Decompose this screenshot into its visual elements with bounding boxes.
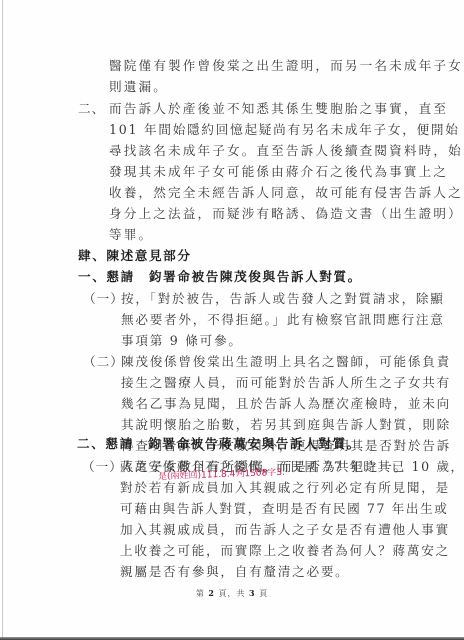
paragraph-line: 而告訴人於產後並不知悉其係生雙胞胎之事實，直至 bbox=[109, 101, 448, 116]
paragraph-line: 其說明懷胎之胎數，若另其到庭與告訴人對質，則除 bbox=[121, 417, 451, 432]
section-heading: 肆、陳述意見部分 bbox=[78, 248, 192, 263]
page-footer: 第 2 頁，共 3 頁 bbox=[0, 588, 464, 599]
current-page-number: 2 bbox=[208, 588, 215, 598]
sub-marker: （一） bbox=[82, 459, 123, 474]
paragraph-line: 加入其親戚成員，而告訴人之子女是否有遭他人事實 bbox=[120, 522, 450, 537]
footer-prefix: 第 bbox=[196, 589, 205, 598]
paragraph-line: 接生之醫療人員，而可能對於告訴人所生之子女共有 bbox=[121, 375, 451, 390]
request-heading: 一、懇請 鈞署命被告陳茂俊與告訴人對質。 bbox=[78, 269, 362, 284]
paragraph-line: 醫院僅有製作曾俊棠之出生證明，而另一名未成年子女 bbox=[109, 58, 463, 73]
paragraph-line: 發現其未成年子女可能係由蔣介石之後代為事實上之 bbox=[109, 164, 448, 179]
footer-suffix: 頁 bbox=[259, 589, 268, 598]
paragraph-line: 陳茂俊係曾俊棠出生證明上具名之醫師，可能係負責 bbox=[121, 354, 451, 369]
sub-marker: （二） bbox=[83, 354, 124, 369]
paragraph-line: 幾名乙事為見聞，且於告訴人為歷次產檢時，並未向 bbox=[121, 396, 451, 411]
total-page-count: 3 bbox=[249, 588, 256, 598]
paragraph-line: 對於若有新成員加入其親戚之行列必定有所見聞，是 bbox=[120, 480, 450, 495]
document-page: 醫院僅有製作曾俊棠之出生證明，而另一名未成年子女 則遺漏。 二、 而告訴人於產後… bbox=[2, 0, 463, 637]
paragraph-line: 無必要者外，不得拒絕。」此有檢察官訊問應行注意 bbox=[121, 312, 445, 327]
paragraph-line: 等罪。 bbox=[109, 227, 153, 242]
paragraph-line: 上收養之可能，而實際上之收養者為何人？蔣萬安之 bbox=[120, 543, 450, 558]
request-heading: 二、懇請 鈞署命被告蔣萬安與告訴人對質。 bbox=[77, 436, 361, 451]
paragraph-line: 101 年間始隱約回憶起疑尚有另名未成年子女，便開始 bbox=[109, 122, 460, 137]
paragraph-line: 收養，然完全未經告訴人同意，故可能有侵害告訴人之 bbox=[109, 185, 463, 200]
paragraph-line: 事項第 9 條可參。 bbox=[121, 333, 243, 348]
paragraph-line: 尋找該名未成年子女。直至告訴人後續查閱資料時，始 bbox=[109, 143, 463, 158]
paragraph-line: 可藉由與告訴人對質，查明是否有民國 77 年出生或 bbox=[120, 501, 449, 516]
list-marker: 二、 bbox=[78, 101, 105, 116]
sub-marker: （一） bbox=[83, 291, 124, 306]
paragraph-line: 身分上之法益，而疑涉有略誘、偽造文書（出生證明） bbox=[109, 206, 463, 221]
paragraph-line: 則遺漏。 bbox=[109, 79, 168, 94]
paragraph-line: 親屬是否有參與，自有釐清之必要。 bbox=[120, 564, 350, 579]
footer-middle: 頁，共 bbox=[219, 589, 246, 598]
paragraph-line: 按，「對於被告，告訴人或告發人之對質請求，除顯 bbox=[121, 291, 445, 306]
